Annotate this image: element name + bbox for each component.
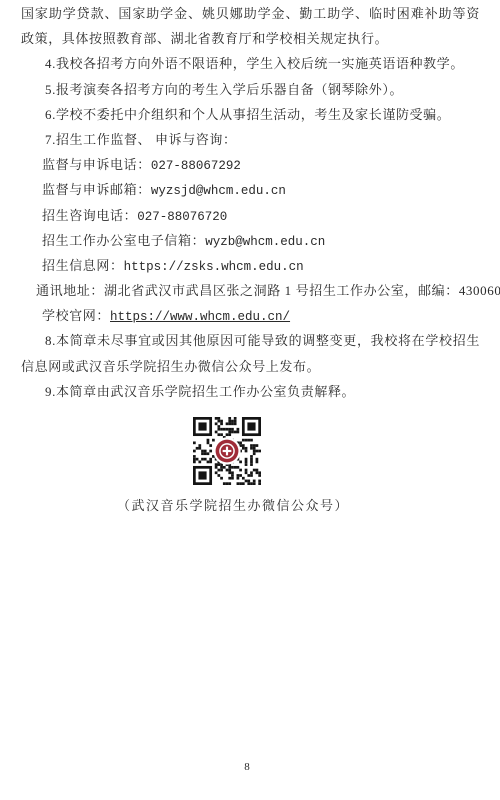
qr-code-image [193,417,261,485]
contact-value: https://zsks.whcm.edu.cn [124,260,304,274]
contact-label: 招生信息网： [42,258,124,273]
contact-office-email: 招生工作办公室电子信箱：wyzb@whcm.edu.cn [0,228,500,253]
item-5-instrument: 5.报考演奏各招考方向的考生入学后乐器自备（钢琴除外）。 [0,77,500,102]
contact-value: 027-88067292 [151,159,241,173]
page-number: 8 [0,761,497,773]
contact-label: 招生咨询电话： [42,208,137,223]
contact-official-site: 学校官网：https://www.whcm.edu.cn/ [0,303,500,328]
item-9-interpretation: 9.本简章由武汉音乐学院招生工作办公室负责解释。 [0,379,500,404]
paragraph-funding-line2: 政策，具体按照教育部、湖北省教育厅和学校相关规定执行。 [0,26,500,51]
contact-value: wyzsjd@whcm.edu.cn [151,184,286,198]
contact-mailing-address: 通讯地址：湖北省武汉市武昌区张之洞路 1 号招生工作办公室，邮编：430060 [0,278,500,303]
contact-value: 湖北省武汉市武昌区张之洞路 1 号招生工作办公室，邮编：430060 [104,283,500,298]
qr-caption: （武汉音乐学院招生办微信公众号） [0,495,483,514]
contact-label: 招生工作办公室电子信箱： [42,233,205,248]
contact-supervision-phone: 监督与申诉电话：027-88067292 [0,152,500,177]
contact-admissions-phone: 招生咨询电话：027-88076720 [0,203,500,228]
document-body: 国家助学贷款、国家助学金、姚贝娜助学金、勤工助学、临时困难补助等资助 政策，具体… [0,1,500,404]
item-6-antifraud: 6.学校不委托中介组织和个人从事招生活动，考生及家长谨防受骗。 [0,102,500,127]
contact-value: wyzb@whcm.edu.cn [205,235,325,249]
contact-supervision-email: 监督与申诉邮箱：wyzsjd@whcm.edu.cn [0,177,500,202]
item-4-language: 4.我校各招考方向外语不限语种，学生入校后统一实施英语语种教学。 [0,51,500,76]
contact-label: 学校官网： [42,308,110,323]
paragraph-funding-line1: 国家助学贷款、国家助学金、姚贝娜助学金、勤工助学、临时困难补助等资助 [0,1,500,26]
item-7-supervision-heading: 7.招生工作监督、 申诉与咨询： [0,127,500,152]
item-8-changes-line1: 8.本简章未尽事宜或因其他原因可能导致的调整变更，我校将在学校招生 [0,328,500,353]
item-8-changes-line2: 信息网或武汉音乐学院招生办微信公众号上发布。 [0,354,500,379]
contact-admissions-site: 招生信息网：https://zsks.whcm.edu.cn [0,253,500,278]
wechat-qr-code [193,417,261,485]
contact-label: 监督与申诉邮箱： [42,182,151,197]
official-website-link[interactable]: https://www.whcm.edu.cn/ [110,310,290,324]
contact-value: 027-88076720 [137,210,227,224]
contact-label: 通讯地址： [36,283,104,298]
contact-label: 监督与申诉电话： [42,157,151,172]
document-page: 国家助学贷款、国家助学金、姚贝娜助学金、勤工助学、临时困难补助等资助 政策，具体… [0,0,500,800]
